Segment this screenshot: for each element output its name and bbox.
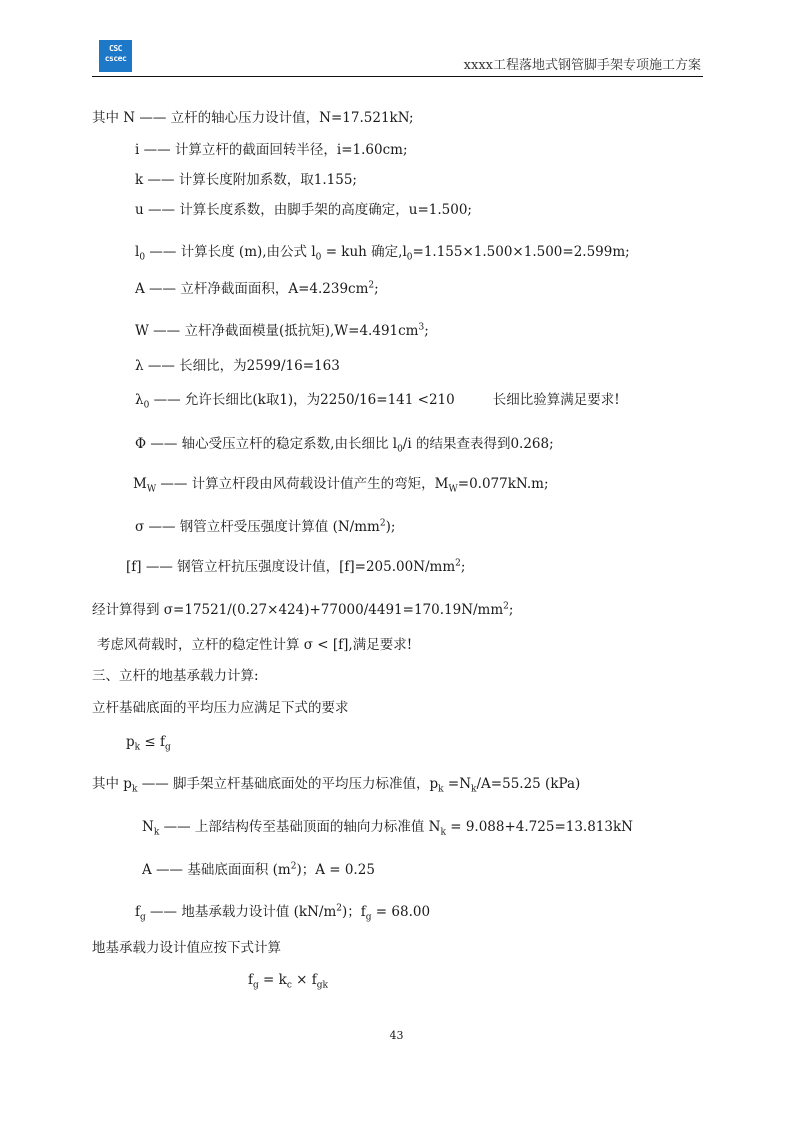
text-line-A2: A —— 基础底面面积 (m2)；A = 0.25 [142, 858, 375, 878]
l0-definition: l0 —— 计算长度 (m),由公式 l0 = kuh 确定,l0=1.155×… [135, 240, 630, 263]
document-title: xxxx工程落地式钢管脚手架专项施工方案 [464, 54, 701, 73]
mw-definition: MW —— 计算立杆段由风荷载设计值产生的弯矩，MW=0.077kN.m; [133, 472, 549, 495]
text: σ —— 钢管立杆受压强度计算值 (N/mm [135, 519, 380, 535]
subscript: g [165, 743, 171, 753]
text-line-u: u —— 计算长度系数，由脚手架的高度确定，u=1.500; [135, 198, 472, 218]
text-line-W: W —— 立杆净截面模量(抵抗矩),W=4.491cm3; [135, 319, 429, 339]
text: = 9.088+4.725=13.813kN [446, 819, 633, 835]
text: W —— 立杆净截面模量(抵抗矩),W=4.491cm [135, 323, 418, 339]
text: —— 允许长细比(k取1)，为2250/16=141 <210 [149, 392, 454, 408]
text: 经计算得到 σ=17521/(0.27×424)+77000/4491=170.… [92, 602, 503, 618]
text: =1.155×1.500×1.500=2.599m; [413, 244, 630, 260]
text: A —— 基础底面面积 (m [142, 862, 291, 878]
logo-text-bottom: cscec [99, 54, 132, 64]
text-line-n: 其中 N —— 立杆的轴心压力设计值，N=17.521kN; [92, 106, 414, 126]
text: M [133, 476, 147, 492]
text: ; [461, 559, 466, 575]
text: A —— 立杆净截面面积，A=4.239cm [135, 281, 368, 297]
text: = 68.00 [372, 904, 431, 920]
text: p [126, 734, 135, 750]
text: [f] —— 钢管立杆抗压强度设计值，[f]=205.00N/mm [126, 559, 455, 575]
text: = k [259, 972, 287, 988]
text-line-i: i —— 计算立杆的截面回转半径，i=1.60cm; [135, 138, 408, 158]
text: —— 地基承载力设计值 (kN/m [146, 904, 336, 920]
fg-formula: fg = kc × fgk [248, 972, 328, 991]
text: k —— 计算长度附加系数，取1.155; [135, 172, 357, 188]
text: 三、立杆的地基承载力计算: [92, 668, 259, 684]
text-line-calc: 经计算得到 σ=17521/(0.27×424)+77000/4491=170.… [92, 598, 513, 618]
text: ; [374, 281, 379, 297]
text: × f [292, 972, 317, 988]
text-line-sec3: 三、立杆的地基承载力计算: [92, 664, 259, 684]
text: 地基承载力设计值应按下式计算 [92, 940, 281, 956]
text-line-fgcalc: 地基承载力设计值应按下式计算 [92, 936, 281, 956]
text: —— 计算长度 (m),由公式 l [145, 244, 316, 260]
text: λ [135, 392, 144, 408]
text: ); [386, 519, 396, 535]
page-header: CSC cscec xxxx工程落地式钢管脚手架专项施工方案 [92, 38, 703, 77]
lambda0-definition: λ0 —— 允许长细比(k取1)，为2250/16=141 <210长细比验算满… [135, 388, 620, 411]
nk-definition: Nk —— 上部结构传至基础顶面的轴向力标准值 Nk = 9.088+4.725… [142, 815, 633, 838]
text-line-phi: Φ —— 轴心受压立杆的稳定系数,由长细比 l0/i 的结果查表得到0.268; [135, 432, 554, 455]
text-line-k: k —— 计算长度附加系数，取1.155; [135, 168, 357, 188]
text-line-A: A —— 立杆净截面面积，A=4.239cm2; [135, 277, 379, 297]
logo-text-top: CSC [99, 44, 132, 54]
text: λ —— 长细比，为2599/16=163 [135, 358, 340, 374]
text: —— 上部结构传至基础顶面的轴向力标准值 N [159, 819, 440, 835]
text: =0.077kN.m; [458, 476, 549, 492]
text: 其中 p [92, 776, 132, 792]
company-logo: CSC cscec [99, 40, 132, 72]
text: 其中 N —— 立杆的轴心压力设计值，N=17.521kN; [92, 110, 414, 126]
text: =N [444, 776, 471, 792]
text: Φ —— 轴心受压立杆的稳定系数,由长细比 l [135, 436, 397, 452]
text: )；f [342, 904, 366, 920]
text: —— 计算立杆段由风荷载设计值产生的弯矩，M [156, 476, 448, 492]
text-line-lambda: λ —— 长细比，为2599/16=163 [135, 354, 340, 374]
text-line-sigma: σ —— 钢管立杆受压强度计算值 (N/mm2); [135, 515, 395, 535]
fg-definition: fg —— 地基承载力设计值 (kN/m2)；fg = 68.00 [135, 900, 430, 923]
check-result: 长细比验算满足要求! [493, 392, 620, 408]
subscript: gk [317, 981, 328, 991]
text-line-req: 立杆基础底面的平均压力应满足下式的要求 [92, 696, 349, 716]
pk-formula: pk ≤ fg [126, 734, 171, 753]
text: )；A = 0.25 [296, 862, 374, 878]
text: 立杆基础底面的平均压力应满足下式的要求 [92, 700, 349, 716]
text: u —— 计算长度系数，由脚手架的高度确定，u=1.500; [135, 202, 472, 218]
text-line-f: [f] —— 钢管立杆抗压强度设计值，[f]=205.00N/mm2; [126, 555, 465, 575]
text: ; [509, 602, 514, 618]
text: i —— 计算立杆的截面回转半径，i=1.60cm; [135, 142, 408, 158]
text: —— 脚手架立杆基础底面处的平均压力标准值，p [137, 776, 438, 792]
text-line-wind: 考虑风荷载时，立杆的稳定性计算 σ < [f],满足要求! [97, 633, 412, 653]
page-number: 43 [0, 1029, 793, 1042]
subscript: W [449, 485, 458, 495]
text: ; [424, 323, 429, 339]
text: /i 的结果查表得到0.268; [403, 436, 554, 452]
pk-definition: 其中 pk —— 脚手架立杆基础底面处的平均压力标准值，pk =Nk/A=55.… [92, 772, 580, 795]
subscript: W [147, 485, 156, 495]
text: = kuh 确定,l [321, 244, 406, 260]
text: /A=55.25 (kPa) [477, 776, 581, 792]
text: N [142, 819, 154, 835]
text: ≤ f [140, 734, 165, 750]
text: 考虑风荷载时，立杆的稳定性计算 σ < [f],满足要求! [97, 637, 412, 653]
